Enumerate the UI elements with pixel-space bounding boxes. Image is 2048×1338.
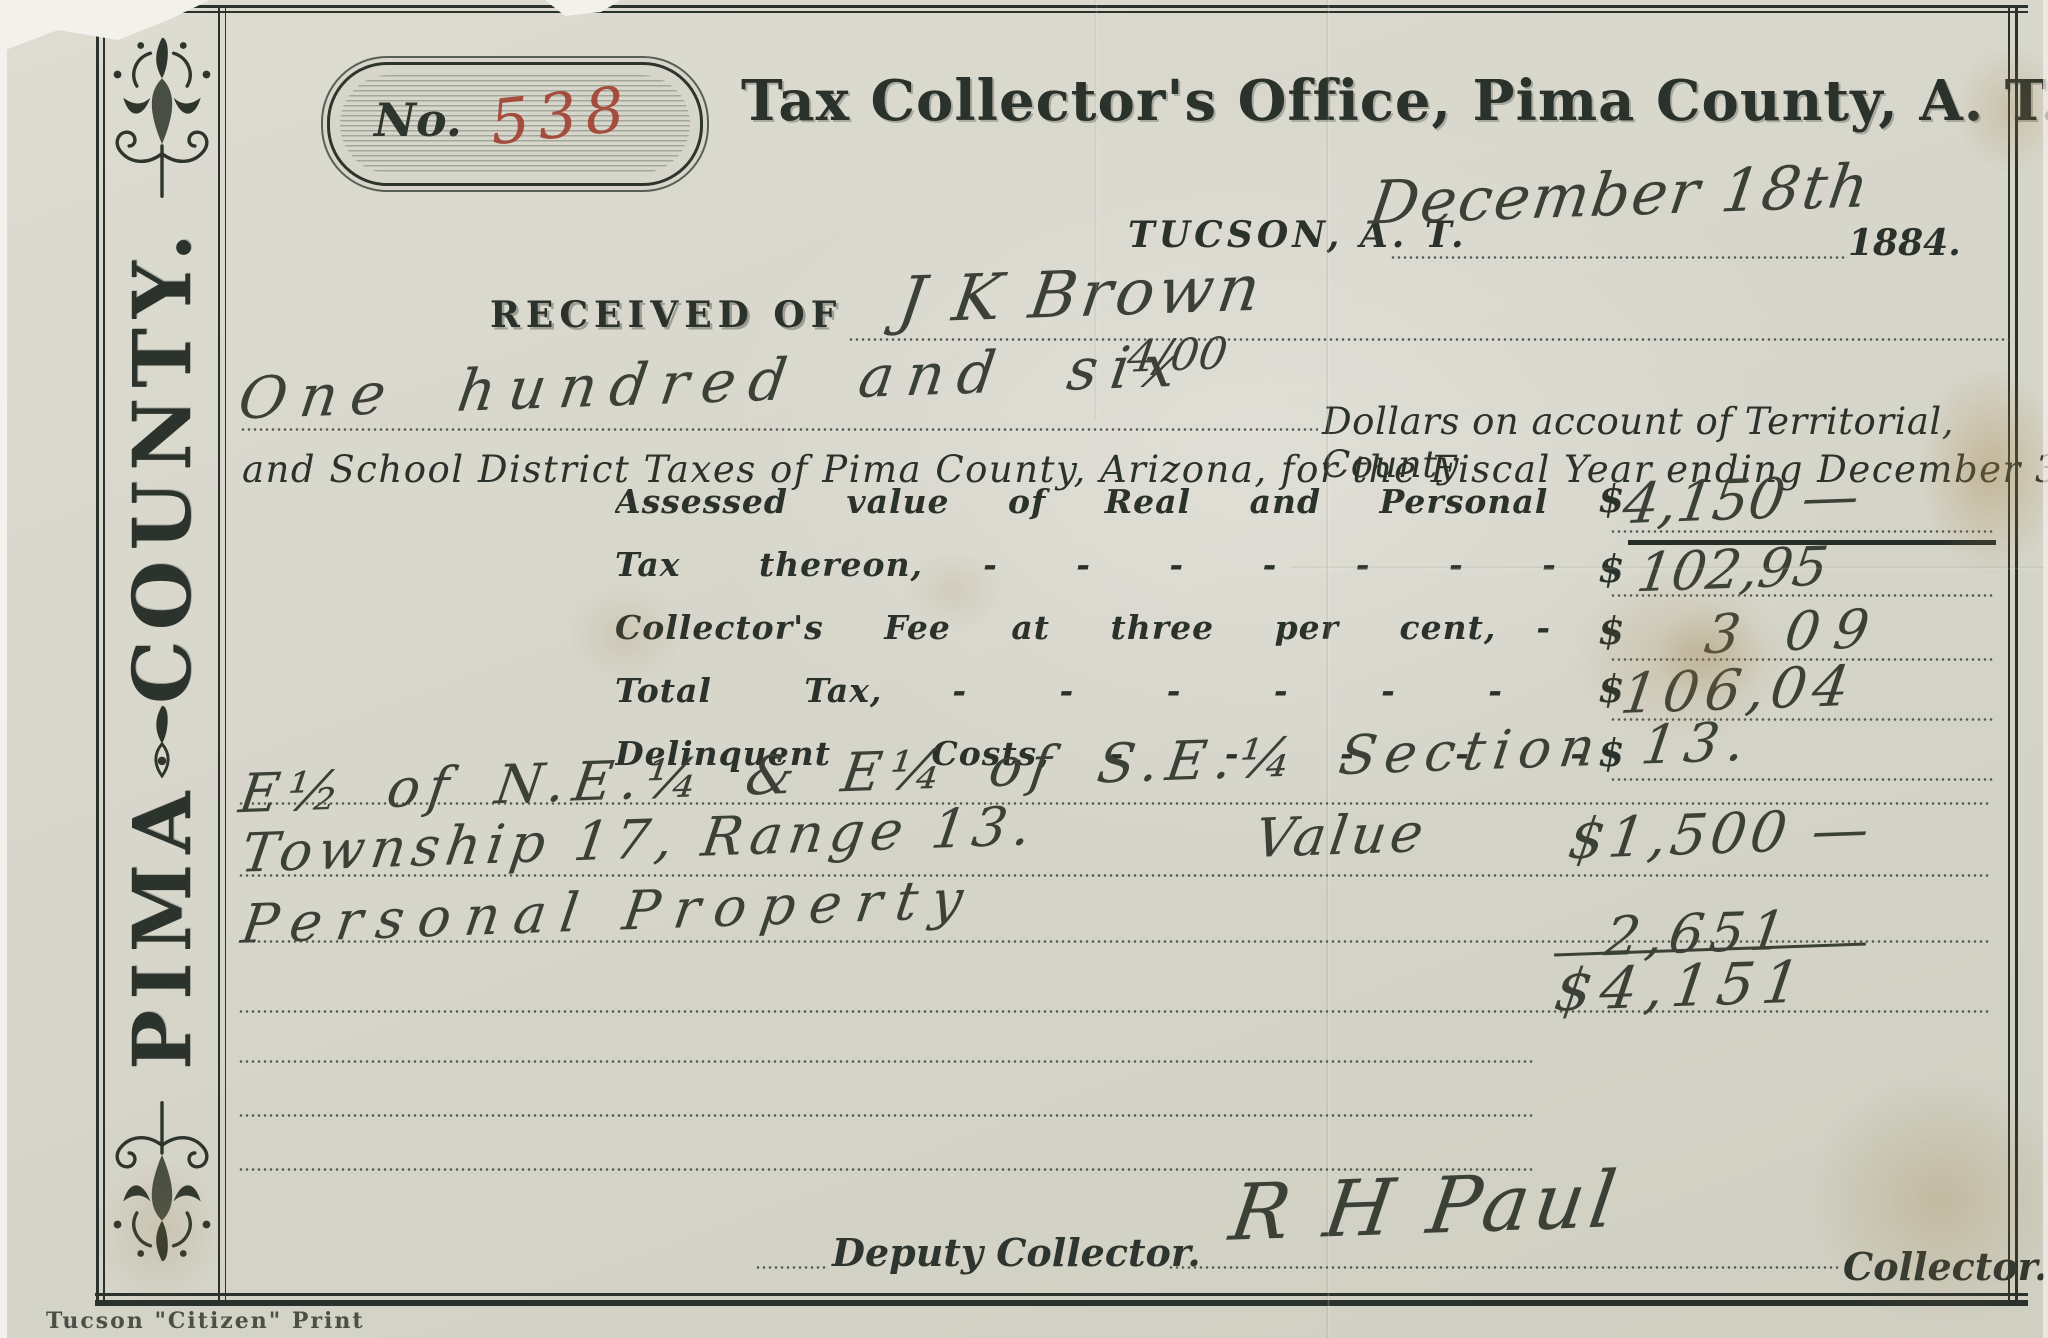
item-label: Total Tax, xyxy=(615,671,882,710)
item-dashes: - - - - - - - - - xyxy=(983,545,1595,584)
item-dashes: - - - - - - - - xyxy=(952,671,1595,710)
deckled-right-edge xyxy=(2043,0,2048,1338)
assessed-value-amount: $ 4,150 — xyxy=(1598,468,1994,532)
band-word-pima: PIMA xyxy=(106,758,218,1070)
receipt-number: 538 xyxy=(487,72,636,159)
received-of-label: RECEIVED OF xyxy=(490,294,842,336)
band-divider-inner xyxy=(225,5,226,1306)
frame-bottom-outer xyxy=(95,1300,2028,1306)
amount-in-words: One hundred and six xyxy=(235,332,1194,433)
collectors-fee-amount: $ 3 09 xyxy=(1598,600,1994,660)
tax-receipt-document: COUNTY. PIMA No. 538 Tax Collector's Off… xyxy=(0,0,2048,1338)
signature-leading-dots xyxy=(755,1266,827,1269)
frame-bottom-inner xyxy=(95,1293,2028,1296)
printer-credit: Tucson "Citizen" Print xyxy=(46,1308,365,1334)
page-title: Tax Collector's Office, Pima County, A. … xyxy=(741,68,2021,134)
total-tax-row: Total Tax, - - - - - - - - xyxy=(615,671,1595,710)
township-range-row: Township 17, Range 13. Value $1,500 — xyxy=(238,804,1990,876)
frame-right-outer xyxy=(2015,5,2018,1306)
receipt-number-badge: No. 538 xyxy=(327,62,703,186)
amount-dotted-line xyxy=(240,428,1318,431)
land-description-row: E½ of N.E.¼ & E¼ of S.E.¼ Section 13. xyxy=(238,732,1990,804)
item-label: Assessed value of Real and Personal prop… xyxy=(615,482,1595,521)
value-dotted-line xyxy=(1610,594,1994,597)
frame-top-outer xyxy=(95,5,2028,8)
number-label: No. xyxy=(374,93,462,147)
collector-signature: R H Paul xyxy=(1225,1155,1627,1258)
handwritten-date: December 18th xyxy=(1366,151,1875,238)
item-label: Collector's Fee at three per cent, xyxy=(615,608,1496,647)
total-value-row: $4,151 xyxy=(238,942,1990,1012)
blank-line xyxy=(238,1060,1533,1063)
dollar-sign: $ xyxy=(1598,476,1624,521)
band-word-county: COUNTY. xyxy=(106,212,218,704)
item-label: Tax thereon, xyxy=(615,545,923,584)
stain xyxy=(1800,1070,2048,1330)
date-dotted-line xyxy=(1390,256,1848,259)
band-top-flourish-ornament xyxy=(104,28,220,206)
item-dashes: - - - - - - xyxy=(1536,608,1595,647)
frame-right-inner xyxy=(2008,5,2010,1306)
value-label: Value xyxy=(1251,801,1431,870)
signature-dotted-line xyxy=(1168,1266,1840,1269)
printed-year: 1884. xyxy=(1848,222,1961,264)
tax-thereon-amount: $ 102,95 xyxy=(1598,538,1994,596)
total-tax-amount: $ 106,04 xyxy=(1598,658,1994,720)
dollar-sign: $ xyxy=(1598,546,1624,591)
handwritten-amount: 4,150 — xyxy=(1619,464,1864,537)
collectors-fee-row: Collector's Fee at three per cent, - - -… xyxy=(615,608,1595,647)
frame-top-inner xyxy=(95,11,2028,13)
collector-label: Collector. xyxy=(1843,1244,2047,1289)
blank-line xyxy=(238,1114,1533,1117)
dollar-sign: $ xyxy=(1598,608,1624,653)
torn-edge-notch xyxy=(545,0,621,16)
personal-property-row: Personal Property 2,651 xyxy=(238,876,1990,942)
deckled-left-edge xyxy=(0,40,7,1338)
amount-fraction: 4/00 xyxy=(1124,328,1231,382)
row-dotted-line xyxy=(238,1010,1990,1013)
deputy-collector-label: Deputy Collector. xyxy=(832,1230,1201,1275)
band-bottom-flourish-ornament xyxy=(104,1082,220,1282)
real-property-value: $1,500 — xyxy=(1565,797,1878,872)
value-dotted-line xyxy=(1610,530,1994,533)
assessed-value-row: Assessed value of Real and Personal prop… xyxy=(615,482,1595,521)
payer-name: J K Brown xyxy=(894,252,1269,339)
frame-left-outer xyxy=(96,5,99,1306)
fold-crease xyxy=(1326,0,1330,1338)
tax-thereon-row: Tax thereon, - - - - - - - - - xyxy=(615,545,1595,584)
